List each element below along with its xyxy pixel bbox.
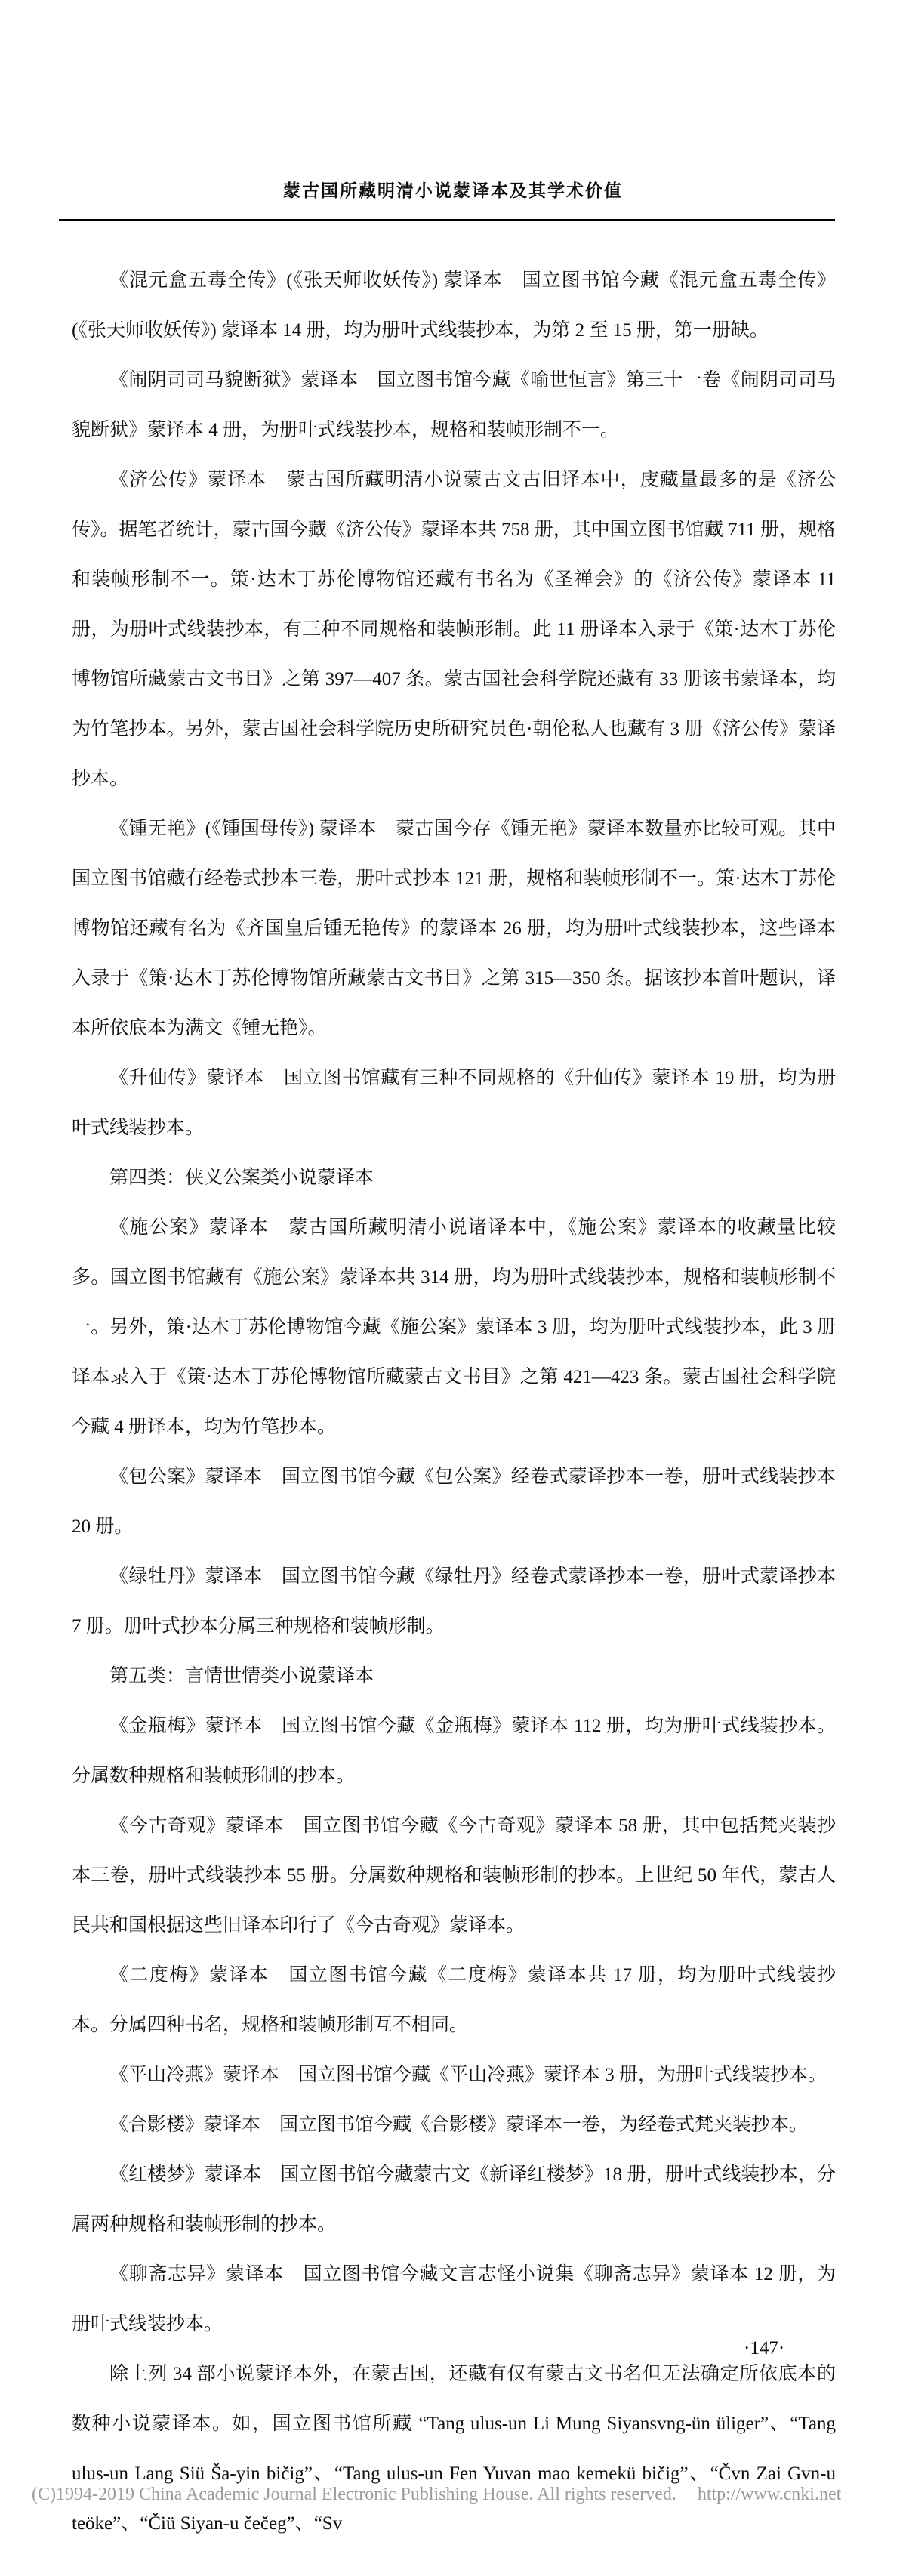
section-heading: 第五类：言情世情类小说蒙译本 <box>72 1652 836 1701</box>
paragraph: 《混元盒五毒全传》(《张天师收妖传》) 蒙译本 国立图书馆今藏《混元盒五毒全传》… <box>72 256 836 356</box>
page-number: ·147· <box>744 2338 784 2359</box>
scanned-journal-page: { "page": { "title": "蒙古国所藏明清小说蒙译本及其学术价值… <box>0 0 906 2576</box>
paragraph: 《包公案》蒙译本 国立图书馆今藏《包公案》经卷式蒙译抄本一卷，册叶式线装抄本 2… <box>72 1452 836 1552</box>
paragraph: 《施公案》蒙译本 蒙古国所藏明清小说诸译本中，《施公案》蒙译本的收藏量比较多。国… <box>72 1203 836 1452</box>
paragraph: 《闹阴司司马貌断狱》蒙译本 国立图书馆今藏《喻世恒言》第三十一卷《闹阴司司马貌断… <box>72 356 836 455</box>
paragraph: 《平山冷燕》蒙译本 国立图书馆今藏《平山冷燕》蒙译本 3 册，为册叶式线装抄本。 <box>72 2050 836 2100</box>
paragraph: 《金瓶梅》蒙译本 国立图书馆今藏《金瓶梅》蒙译本 112 册，均为册叶式线装抄本… <box>72 1701 836 1801</box>
page-title: 蒙古国所藏明清小说蒙译本及其学术价值 <box>0 177 906 202</box>
paragraph: 《聊斋志异》蒙译本 国立图书馆今藏文言志怪小说集《聊斋志异》蒙译本 12 册，为… <box>72 2250 836 2349</box>
paragraph: 《红楼梦》蒙译本 国立图书馆今藏蒙古文《新译红楼梦》18 册，册叶式线装抄本，分… <box>72 2150 836 2250</box>
section-heading: 第四类：侠义公案类小说蒙译本 <box>72 1153 836 1203</box>
paragraph: 《合影楼》蒙译本 国立图书馆今藏《合影楼》蒙译本一卷，为经卷式梵夹装抄本。 <box>72 2100 836 2150</box>
paragraph: 《今古奇观》蒙译本 国立图书馆今藏《今古奇观》蒙译本 58 册，其中包括梵夹装抄… <box>72 1801 836 1951</box>
paragraph: 除上列 34 部小说蒙译本外，在蒙古国，还藏有仅有蒙古文书名但无法确定所依底本的… <box>72 2349 836 2549</box>
copyright-footer: (C)1994-2019 China Academic Journal Elec… <box>32 2485 877 2505</box>
paragraph: 《济公传》蒙译本 蒙古国所藏明清小说蒙古文古旧译本中，庋藏量最多的是《济公传》。… <box>72 455 836 804</box>
paragraph: 《二度梅》蒙译本 国立图书馆今藏《二度梅》蒙译本共 17 册，均为册叶式线装抄本… <box>72 1951 836 2050</box>
copyright-text: (C)1994-2019 China Academic Journal Elec… <box>32 2485 676 2504</box>
article-body: 《混元盒五毒全传》(《张天师收妖传》) 蒙译本 国立图书馆今藏《混元盒五毒全传》… <box>72 256 836 2549</box>
title-divider-rule <box>59 219 835 221</box>
paragraph: 《锺无艳》(《锺国母传》) 蒙译本 蒙古国今存《锺无艳》蒙译本数量亦比较可观。其… <box>72 804 836 1054</box>
footer-url: http://www.cnki.net <box>698 2485 841 2504</box>
paragraph: 《升仙传》蒙译本 国立图书馆藏有三种不同规格的《升仙传》蒙译本 19 册，均为册… <box>72 1054 836 1153</box>
paragraph: 《绿牡丹》蒙译本 国立图书馆今藏《绿牡丹》经卷式蒙译抄本一卷，册叶式蒙译抄本 7… <box>72 1552 836 1652</box>
